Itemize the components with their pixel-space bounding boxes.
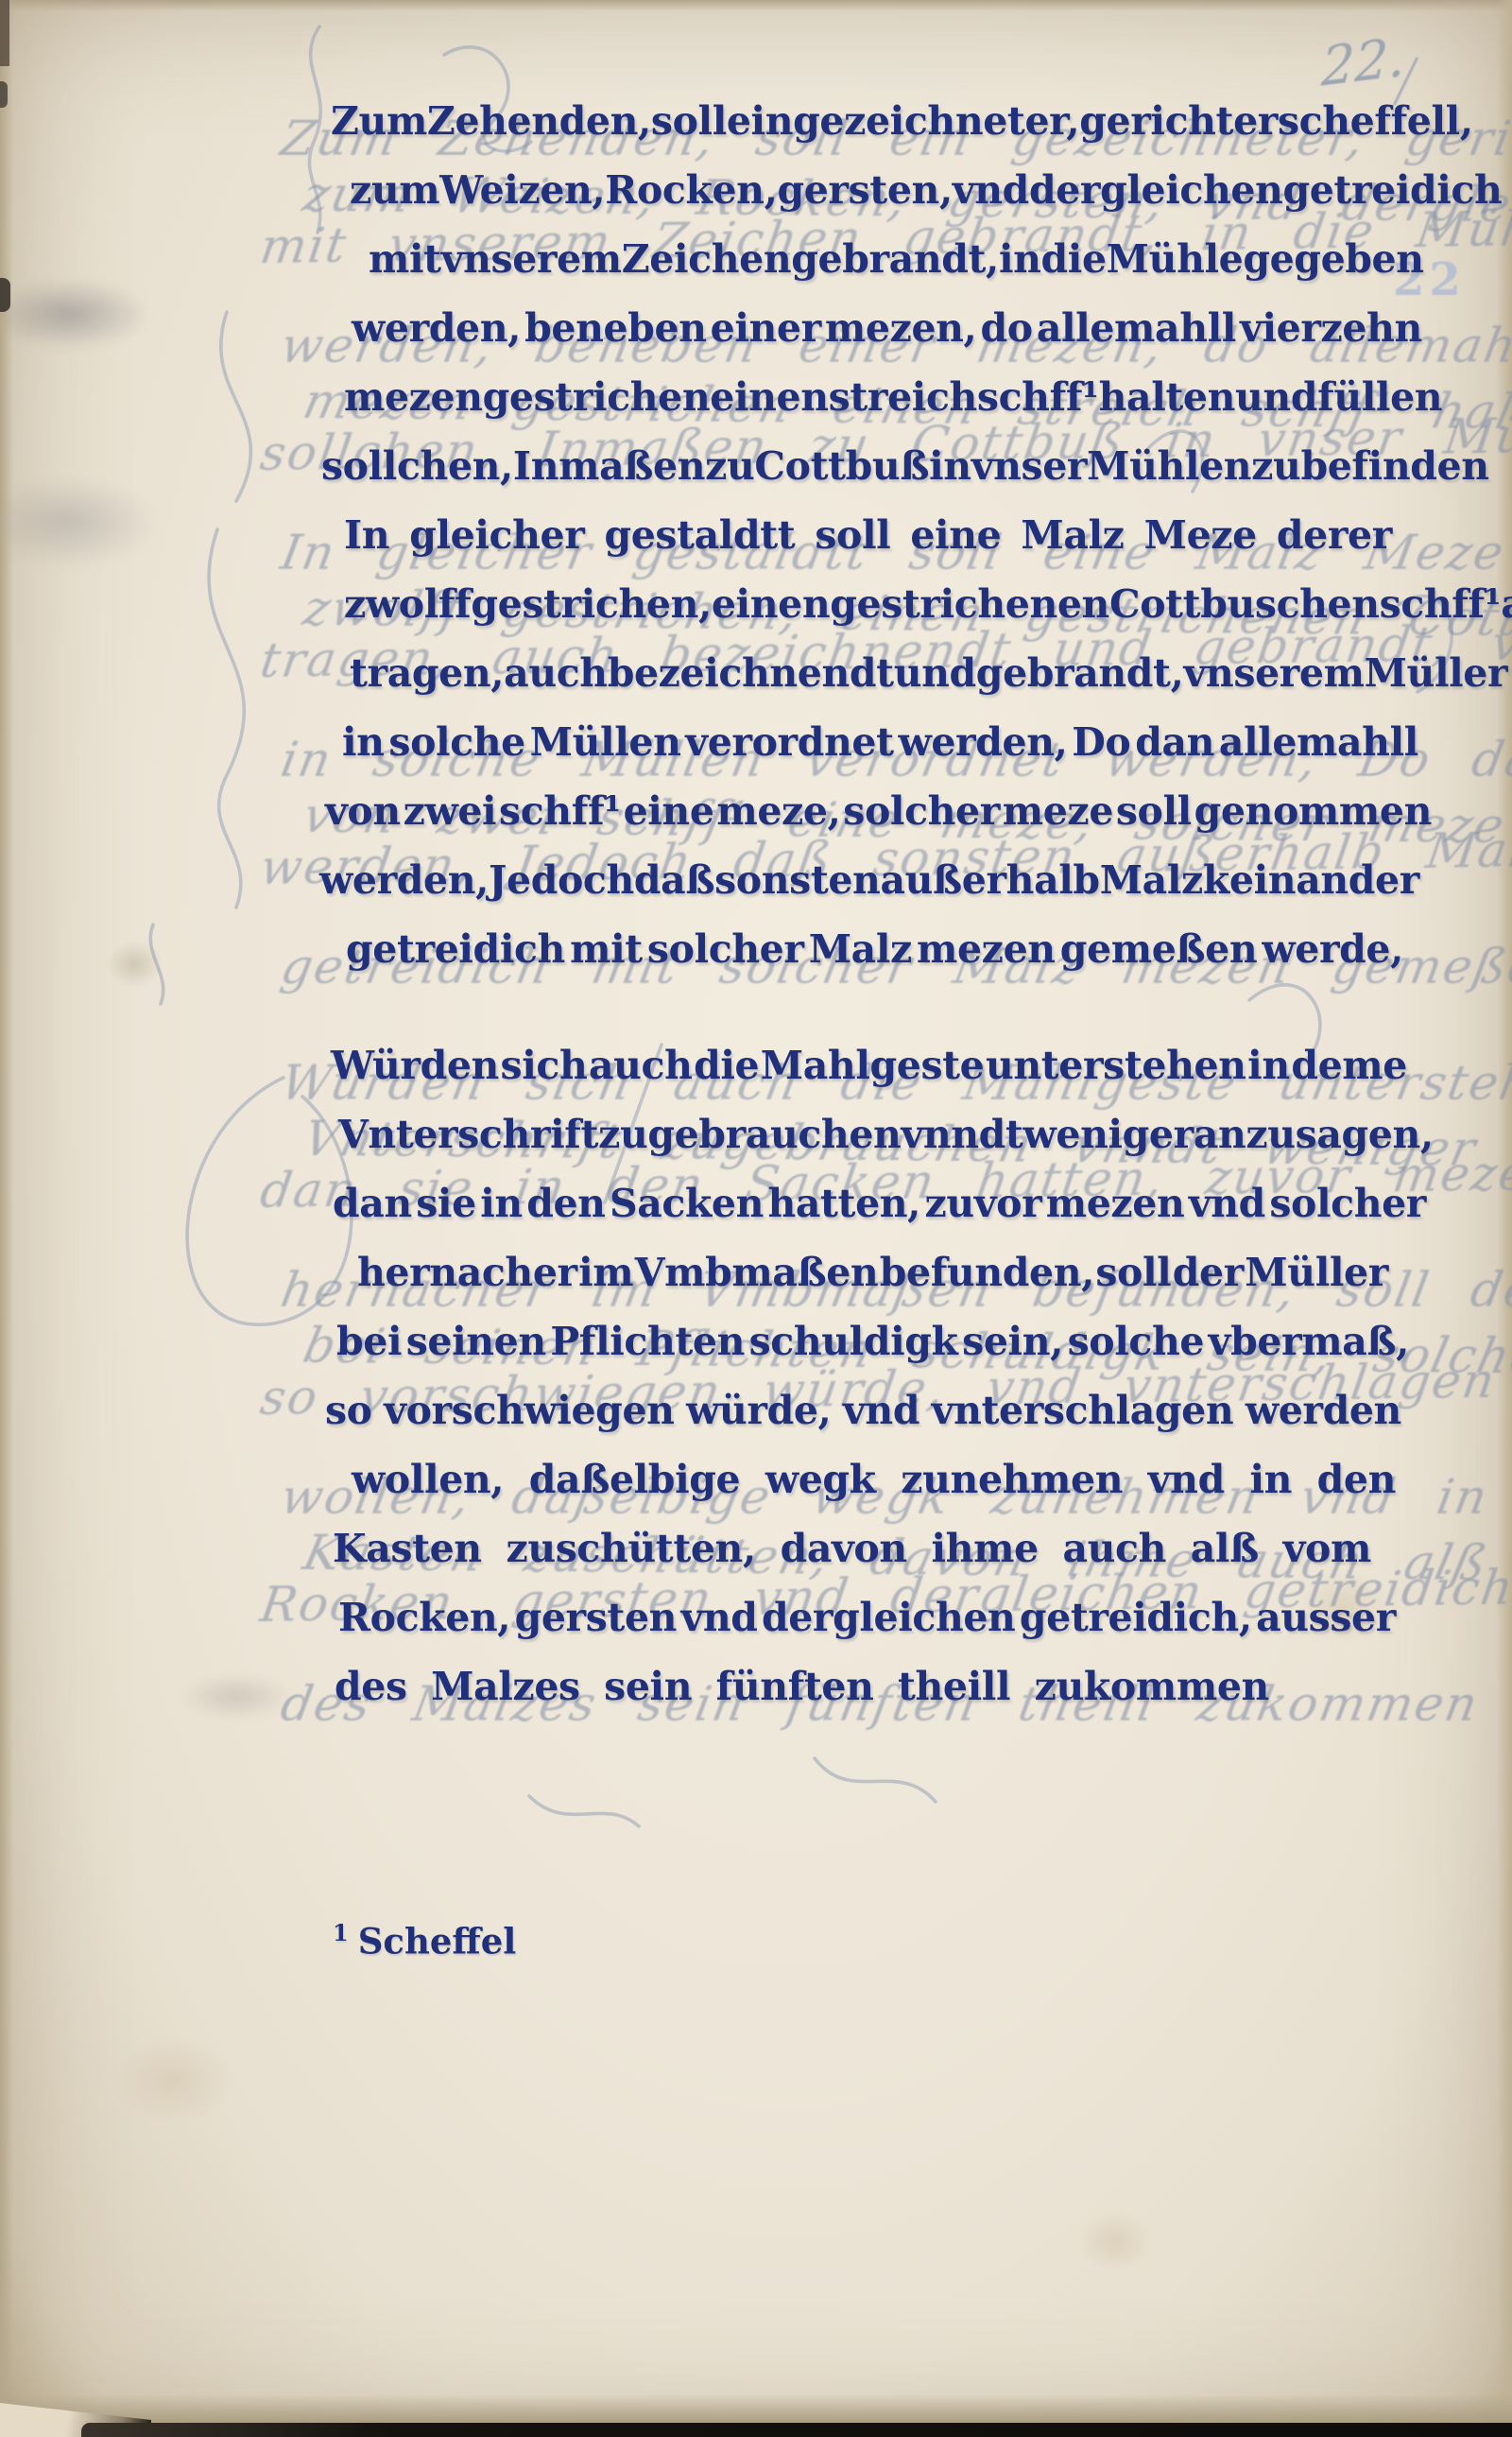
text-line: In gleicher gestaldtt soll eine Malz Mez…	[331, 501, 1432, 570]
scan-edge-mark	[0, 0, 9, 66]
printed-line: beiseinenPflichtenschuldigksein,solchevb…	[336, 1307, 1409, 1376]
paper-stain	[1077, 2210, 1153, 2272]
printed-line: sovorschwiegenwürde,vndvnterschlagenwerd…	[325, 1376, 1401, 1445]
text-line: zwolff gestrichen, einen gestrichenen Co…	[331, 570, 1432, 639]
manuscript-page: 22. 22 Zum Zehenden, soll ein gezeichnet…	[0, 0, 1512, 2437]
pencil-page-number: 22.	[1320, 26, 1406, 99]
paper-edge-bottom	[0, 2394, 1512, 2423]
scan-edge-mark	[0, 81, 8, 108]
text-line: Zum Zehenden, soll ein gezeichneter, ger…	[331, 87, 1432, 156]
text-line: des Malzes sein fünften theill zukommen …	[331, 1652, 1432, 1721]
printed-line: mezengestricheneinenstreichschff¹haltenu…	[344, 363, 1407, 432]
paper-edge-left	[0, 0, 13, 2437]
text-line: dan sie in den Sacken hatten, zuvor meze…	[331, 1169, 1432, 1238]
printed-line: hernacherimVmbmaßenbefunden,sollderMülle…	[357, 1238, 1388, 1307]
paper-stain	[106, 941, 163, 988]
printed-line: vonzweischff¹einemeze,solchermezesollgen…	[325, 777, 1432, 846]
printed-line: werden,benebeneinermezen,doallemahllvier…	[352, 294, 1422, 363]
text-line: Kasten zuschütten, davon ihme auch alß v…	[331, 1514, 1432, 1583]
printed-line: tragen,auchbezeichnendtundgebrandt,vnser…	[350, 639, 1422, 708]
text-line: bei seinen Pflichten schuldigk sein, sol…	[331, 1307, 1432, 1376]
printed-line: desMalzesseinfünftentheillzukommen	[335, 1652, 1269, 1721]
printed-line: IngleichergestaldttsolleineMalzMezederer	[344, 501, 1392, 570]
text-line: werden, beneben einer mezen, do allemahl…	[331, 294, 1432, 363]
text-line: mezen gestrichen einen streich schff¹ ha…	[331, 363, 1432, 432]
text-line: mit vnserem Zeichen gebrandt, in die Müh…	[331, 225, 1432, 294]
footnote-text: Scheffel	[358, 1920, 517, 1962]
paper-stain	[112, 2035, 234, 2125]
ink-smudge	[0, 279, 149, 350]
paragraph: Zum Zehenden, soll ein gezeichneter, ger…	[331, 87, 1432, 984]
text-line: in solche Müllen verordnet werden, Do da…	[331, 708, 1432, 777]
footnote: 1Scheffel	[333, 1919, 516, 1962]
printed-line: dansieindenSackenhatten,zuvormezenvndsol…	[333, 1169, 1426, 1238]
text-line: getreidich mit solcher Malz mezen gemeße…	[331, 915, 1432, 984]
printed-line: Rocken,gerstenvnddergleichengetreidich,a…	[338, 1583, 1396, 1652]
printed-line: zumWeizen,Rocken,gersten,vnddergleicheng…	[350, 156, 1432, 225]
text-line: sollchen, Inmaßen zu Cottbuß in vnser Mü…	[331, 432, 1432, 501]
text-line: hernacher im Vmbmaßen befunden, soll der…	[331, 1238, 1432, 1307]
text-line: Würden sich auch die Mahlgeste untersteh…	[331, 1031, 1432, 1100]
printed-line: wollen,daßelbigewegkzunehmenvndinden	[352, 1445, 1396, 1514]
text-line: von zwei schff¹ eine meze, solcher meze …	[331, 777, 1432, 846]
text-line: tragen, auch bezeichnendt und gebrandt, …	[331, 639, 1432, 708]
printed-line: ZumZehenden,solleingezeichneter,gerichte…	[331, 87, 1432, 156]
text-line: werden, Jedoch daß sonsten außerhalb Mal…	[331, 846, 1432, 915]
text-line: wollen, daßelbige wegk zunehmen vnd in d…	[331, 1445, 1432, 1514]
paper-edge-top	[0, 0, 1512, 11]
ink-smudge	[180, 1673, 293, 1720]
text-line: so vorschwiegen würde, vnd vnterschlagen…	[331, 1376, 1432, 1445]
printed-line: Kastenzuschütten,davonihmeauchalßvom	[333, 1514, 1371, 1583]
printed-line: Vnterschriftzugebrauchenvnndtwenigeranzu…	[338, 1100, 1392, 1169]
text-line: Vnterschrift zugebrauchen vnndt weniger …	[331, 1100, 1432, 1169]
scan-edge-mark	[0, 278, 10, 312]
scan-edge-strip	[81, 2423, 1512, 2437]
printed-line: mitvnseremZeichengebrandt,indieMühlegege…	[369, 225, 1407, 294]
printed-line: sollchen,InmaßenzuCottbußinvnserMühlenzu…	[321, 432, 1437, 501]
footnote-marker: 1	[333, 1919, 349, 1946]
ink-smudge	[0, 477, 159, 567]
paragraph: Würden sich auch die Mahlgeste untersteh…	[331, 1031, 1432, 1721]
text-line: zum Weizen, Rocken, gersten, vnd derglei…	[331, 156, 1432, 225]
printed-line: werden,JedochdaßsonstenaußerhalbMalzkein…	[319, 846, 1417, 915]
transcription-text-block: Zum Zehenden, soll ein gezeichneter, ger…	[331, 87, 1432, 1721]
printed-line: zwolffgestrichen,einengestrichenenCottbu…	[344, 570, 1451, 639]
printed-line: getreidichmitsolcherMalzmezengemeßenwerd…	[346, 915, 1403, 984]
text-line: Rocken, gersten vnd dergleichen getreidi…	[331, 1583, 1432, 1652]
printed-line: insolcheMüllenverordnetwerden,Dodanallem…	[342, 708, 1418, 777]
printed-line: WürdensichauchdieMahlgesteunterstehenind…	[331, 1031, 1407, 1100]
